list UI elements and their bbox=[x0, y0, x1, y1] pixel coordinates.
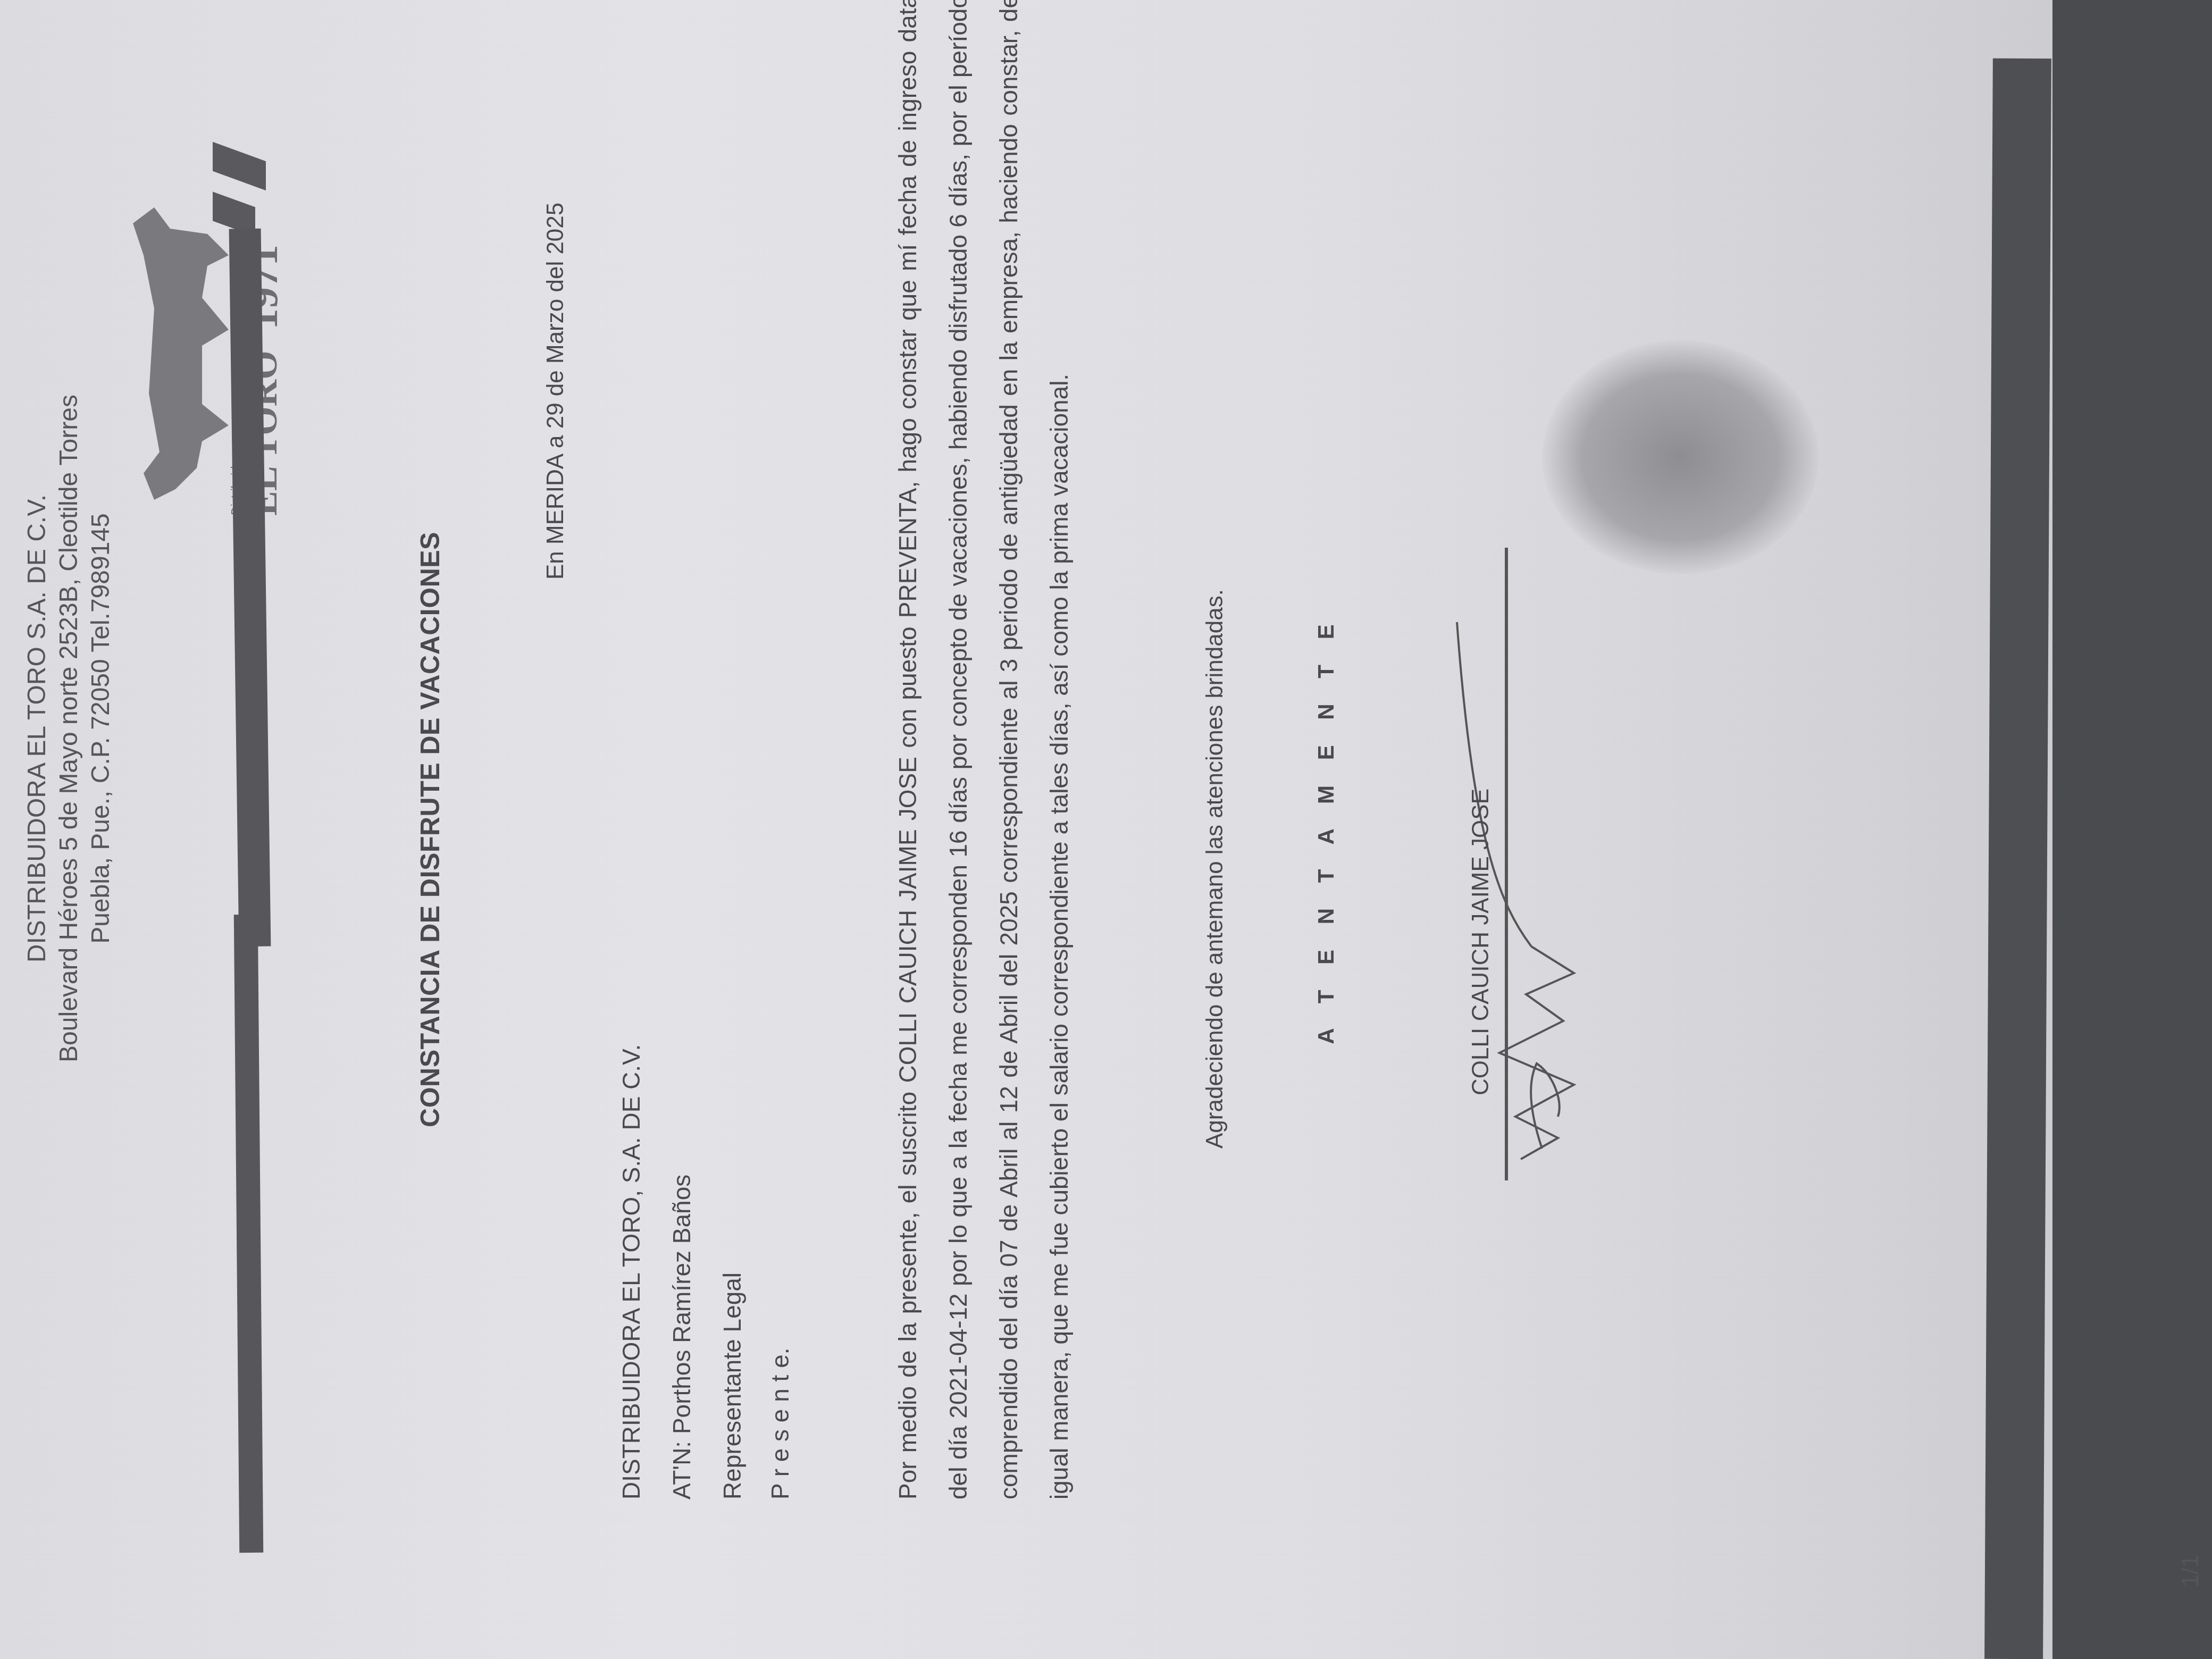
page-indicator: 1/1 bbox=[2177, 1555, 2204, 1587]
recipient-role: Representante Legal bbox=[718, 1272, 747, 1499]
company-city-phone: Puebla, Pue., C.P. 72050 Tel.7989145 bbox=[85, 276, 117, 1180]
header-rule bbox=[234, 915, 263, 1553]
company-address: Boulevard Héroes 5 de Mayo norte 2523B, … bbox=[53, 276, 85, 1180]
recipient-greeting: P r e s e n t e. bbox=[766, 1347, 794, 1499]
photo-background-edge bbox=[2052, 0, 2212, 1659]
document-title: CONSTANCIA DE DISFRUTE DE VACACIONES bbox=[415, 0, 446, 1659]
signature-line bbox=[1505, 548, 1508, 1180]
sign-off: A T E N T A M E N T E bbox=[1313, 0, 1339, 1659]
thumbprint bbox=[1542, 340, 1819, 574]
closing-text: Agradeciendo de antemano las atenciones … bbox=[1202, 589, 1228, 1149]
body-paragraph: Por medio de la presente, el suscrito CO… bbox=[883, 0, 1085, 1499]
recipient-company: DISTRIBUIDORA EL TORO, S.A. DE C.V. bbox=[617, 1044, 646, 1499]
company-logo: Distribuidora EL TORO 1971 bbox=[122, 186, 298, 532]
place-date: En MERIDA a 29 de Marzo del 2025 bbox=[542, 203, 569, 580]
signer-name: COLLI CAUICH JAIME JOSE bbox=[1468, 789, 1494, 1095]
recipient-attention: AT'N: Porthos Ramírez Baños bbox=[667, 1175, 696, 1499]
header-bar-decoration bbox=[213, 142, 266, 190]
document-page: DISTRIBUIDORA EL TORO S.A. DE C.V. Boule… bbox=[0, 0, 2212, 1659]
company-header: DISTRIBUIDORA EL TORO S.A. DE C.V. bbox=[21, 276, 53, 1180]
bottom-stripe bbox=[1984, 58, 2051, 1659]
